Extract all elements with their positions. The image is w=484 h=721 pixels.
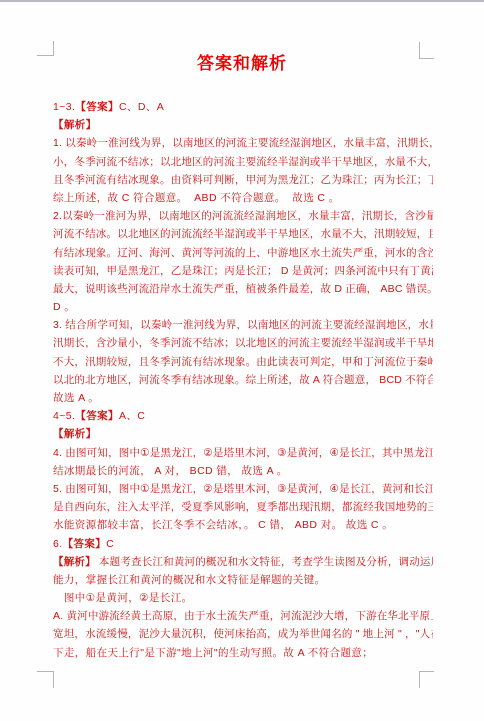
explanation-line: 2.以秦岭一淮河为界，以南地区的河流流经湿润地区，水量丰富，汛期长，含沙量少，冬… bbox=[53, 207, 433, 225]
explanation-line: 不大，汛期较短，且冬季河流有结冰现象。由此读表可判定，甲和丁河流位于秦岭一淮河线 bbox=[53, 353, 433, 371]
bracket-label: 【解析】 bbox=[53, 428, 97, 440]
document-page: 答案和解析 1~3.【答案】C、D、A【解析】1. 以秦岭一淮河线为界，以南地区… bbox=[0, 0, 484, 721]
analysis-label: 【解析】 bbox=[53, 116, 433, 134]
document-title: 答案和解析 bbox=[0, 53, 484, 75]
explanation-line: 图中①是黄河，②是长江。 bbox=[53, 589, 433, 607]
explanation-line: 读表可知，甲是黑龙江，乙是珠江；丙是长江； D 是黄河；四条河流中只有丁黄河含沙… bbox=[53, 262, 433, 280]
answer-line: 6.【答案】C bbox=[53, 535, 433, 553]
explanation-line: 3. 结合所学可知，以秦岭一淮河线为界，以南地区的河流主要流经湿润地区，水量丰富… bbox=[53, 316, 433, 334]
document-body: 1~3.【答案】C、D、A【解析】1. 以秦岭一淮河线为界，以南地区的河流主要流… bbox=[53, 98, 433, 662]
explanation-line: 综上所述，故 C 符合题意。 ABD 不符合题意。 故选 C 。 bbox=[53, 189, 433, 207]
question-number: 1~3. bbox=[53, 101, 75, 113]
question-number: 6. bbox=[53, 538, 63, 550]
explanation-line: 以北的北方地区，河流冬季有结冰现象。综上所述，故 A 符合题意， BCD 不符合… bbox=[53, 371, 433, 389]
explanation-line: 故选 A 。 bbox=[53, 389, 433, 407]
explanation-line: 能力，掌握长江和黄河的概况和水文特征是解题的关键。 bbox=[53, 571, 433, 589]
explanation-line: 宽坦，水流缓慢，泥沙大量沉积，使河床抬高，成为举世闻名的 " 地上河 " ，"人… bbox=[53, 625, 433, 643]
explanation-line: 最大，说明该些河流沿岸水土流失严重，植被条件最差，故 D 正确， ABC 错误。… bbox=[53, 280, 433, 298]
answer-line: 4~5.【答案】A、C bbox=[53, 407, 433, 425]
explanation-line: D 。 bbox=[53, 298, 433, 316]
answer-line: 1~3.【答案】C、D、A bbox=[53, 98, 433, 116]
analysis-label: 【解析】 bbox=[53, 425, 433, 443]
explanation-line: 水能资源都较丰富，长江冬季不会结冰，。 C 错， ABD 对。 故选 C 。 bbox=[53, 516, 433, 534]
bracket-label: 【解析】 bbox=[53, 119, 97, 131]
explanation-line: 是自西向东，注入太平洋，受夏季风影响，夏季都出现汛期，都流经我国地势的三个阶梯， bbox=[53, 498, 433, 516]
crop-mark-bottom-left bbox=[37, 671, 54, 688]
bracket-label: 【答案】 bbox=[63, 538, 107, 550]
explanation-line: 且冬季河流有结冰现象。由资料可判断，甲河为黑龙江；乙为珠江；丙为长江；丁为黄河。 bbox=[53, 171, 433, 189]
explanation-line: 汛期长，含沙量小，冬季河流不结冰；以北地区的河流主要流经半湿润或半干旱地区，水量 bbox=[53, 334, 433, 352]
explanation-line: 【解析】 本题考查长江和黄河的概况和水文特征，考查学生读图及分析，调动运用知识的 bbox=[53, 553, 433, 571]
explanation-line: 4. 由图可知，图中①是黑龙江，②是塔里木河，③是黄河，④是长江，其中黑龙江是我… bbox=[53, 444, 433, 462]
explanation-line: 5. 由图可知，图中①是黑龙江，②是塔里木河，③是黄河，④是长江，黄河和长江流向… bbox=[53, 480, 433, 498]
explanation-line: 小，冬季河流不结冰；以北地区的河流主要流经半湿润或半干旱地区，水量不大，汛期较短… bbox=[53, 153, 433, 171]
explanation-line: 1. 以秦岭一淮河线为界，以南地区的河流主要流经湿润地区，水量丰富，汛期长，含沙… bbox=[53, 134, 433, 152]
explanation-line: 河流不结冰。以北地区的河流流经半湿润或半干旱地区，水量不大，汛期较短，且冬季河流 bbox=[53, 225, 433, 243]
bracket-label: 【解析】 bbox=[53, 556, 96, 568]
question-number: 4~5. bbox=[53, 410, 75, 422]
explanation-line: 结冰期最长的河流， A 对， BCD 错， 故选 A 。 bbox=[53, 462, 433, 480]
bracket-label: 【答案】 bbox=[75, 101, 119, 113]
explanation-line: 下走，船在天上行"是下游"地上河"的生动写照。故 A 不符合题意； bbox=[53, 644, 433, 662]
crop-mark-bottom-right bbox=[419, 671, 434, 688]
window-top-edge bbox=[0, 0, 484, 2]
explanation-line: A. 黄河中游流经黄土高原，由于水土流失严重，河流泥沙大增，下游在华北平原上，河… bbox=[53, 607, 433, 625]
explanation-line: 有结冰现象。辽河、海河、黄河等河流的上、中游地区水土流失严重，河水的含沙量很大。 bbox=[53, 244, 433, 262]
bracket-label: 【答案】 bbox=[75, 410, 119, 422]
